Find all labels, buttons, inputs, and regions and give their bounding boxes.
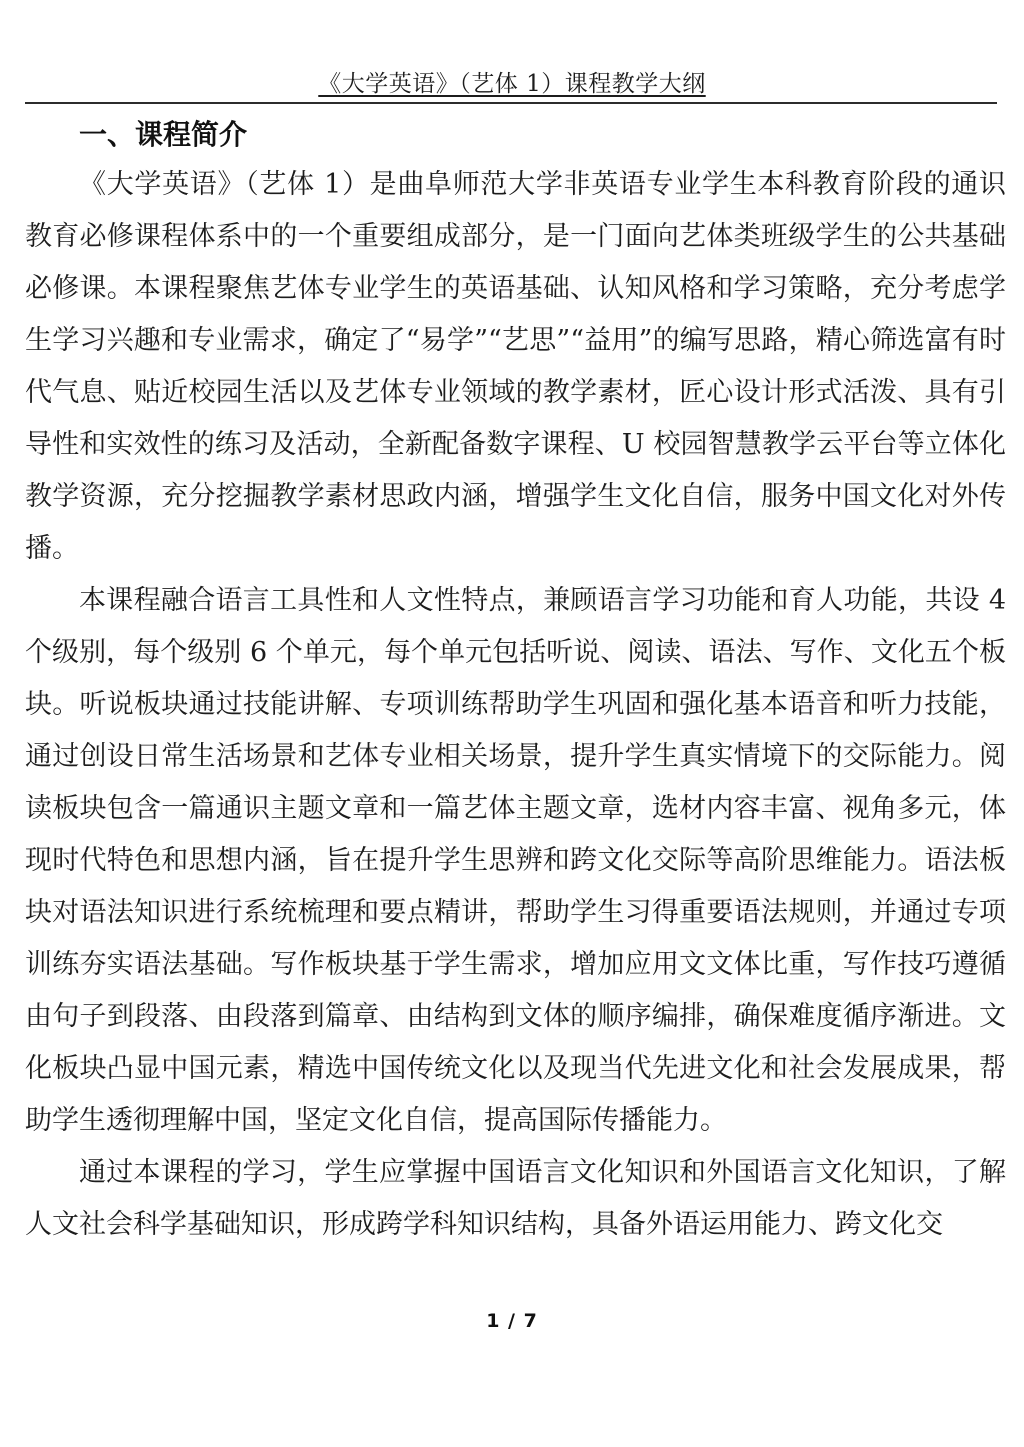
header-divider-rule [25,102,997,104]
body-paragraph-1: 《大学英语》（艺体 1）是曲阜师范大学非英语专业学生本科教育阶段的通识教育必修课… [25,159,1006,575]
page-number: 1 / 7 [0,1310,1024,1332]
body-paragraph-2: 本课程融合语言工具性和人文性特点，兼顾语言学习功能和育人功能，共设 4 个级别，… [25,575,1006,1147]
document-header: 《大学英语》（艺体 1）课程教学大纲 [0,0,1024,98]
document-page: 《大学英语》（艺体 1）课程教学大纲 一、课程简介 《大学英语》（艺体 1）是曲… [0,0,1024,1447]
document-body: 一、课程简介 《大学英语》（艺体 1）是曲阜师范大学非英语专业学生本科教育阶段的… [0,117,1024,1251]
document-header-title: 《大学英语》（艺体 1）课程教学大纲 [318,70,705,98]
body-paragraph-3: 通过本课程的学习，学生应掌握中国语言文化知识和外国语言文化知识，了解人文社会科学… [25,1147,1006,1251]
section-heading-course-intro: 一、课程简介 [25,117,1006,153]
